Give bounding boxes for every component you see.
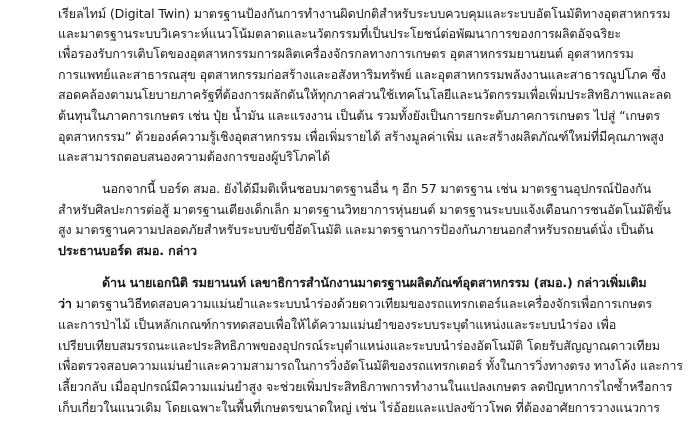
text-line: และสามารถตอบสนองความต้องการของผู้บริโภคไ… — [58, 147, 330, 167]
text-line: เพื่อรองรับการเติบโตของอุตสาหกรรมการผลิต… — [58, 44, 634, 64]
text-span: มาตรฐานวิธีทดสอบความแม่นยำและระบบนำร่องด… — [72, 296, 652, 311]
text-line: และมาตรฐานระบบวิเคราะห์แนวโน้มตลาดและนวั… — [58, 24, 621, 44]
text-line: เรียลไทม์ (Digital Twin) มาตรฐานป้องกันก… — [58, 4, 670, 24]
text-line: นอกจากนี้ บอร์ด สมอ. ยังได้มีมติเห็นชอบม… — [102, 179, 651, 199]
text-line: เลี้ยวกลับ เมื่ออุปกรณ์มีความแม่นยำสูง จ… — [58, 377, 672, 397]
text-line: และการป่าไม้ เป็นหลักเกณฑ์การทดสอบเพื่อใ… — [58, 315, 616, 335]
speaker-intro-continued: ว่า — [58, 296, 72, 311]
text-line: เก็บเกี่ยวในแนวเดิม โดยเฉพาะในพื้นที่เกษ… — [58, 398, 660, 418]
text-line: เปรียบเทียบสมรรถนะและประสิทธิภาพของอุปกร… — [58, 336, 660, 356]
text-line: สูง มาตรฐานความปลอดภัยสำหรับระบบขับขี่อั… — [58, 220, 653, 240]
text-line: ว่า มาตรฐานวิธีทดสอบความแม่นยำและระบบนำร… — [58, 294, 652, 314]
text-line: อุตสาหกรรม” ด้วยองค์ความรู้เชิงอุตสาหกรร… — [58, 127, 664, 147]
document-page: เรียลไทม์ (Digital Twin) มาตรฐานป้องกันก… — [0, 0, 694, 422]
text-line: สำหรับศิลปะการต่อสู้ มาตรฐานเตียงเด็กเล็… — [58, 200, 671, 220]
text-line: ต้นทุนในภาคการเกษตร เช่น ปุ๋ย น้ำมัน และ… — [58, 106, 660, 126]
text-line: เพื่อตรวจสอบความแม่นยำและความสามารถในการ… — [58, 356, 683, 376]
text-line: สอดคล้องตามนโยบายภาครัฐที่ต้องการผลักดัน… — [58, 85, 671, 105]
text-line: การแพทย์และสาธารณสุข อุตสาหกรรมก่อสร้างแ… — [58, 65, 666, 85]
speaker-attribution: ประธานบอร์ด สมอ. กล่าว — [58, 241, 197, 261]
speaker-intro: ด้าน นายเอกนิติ รมยานนท์ เลขาธิการสำนักง… — [102, 273, 647, 293]
